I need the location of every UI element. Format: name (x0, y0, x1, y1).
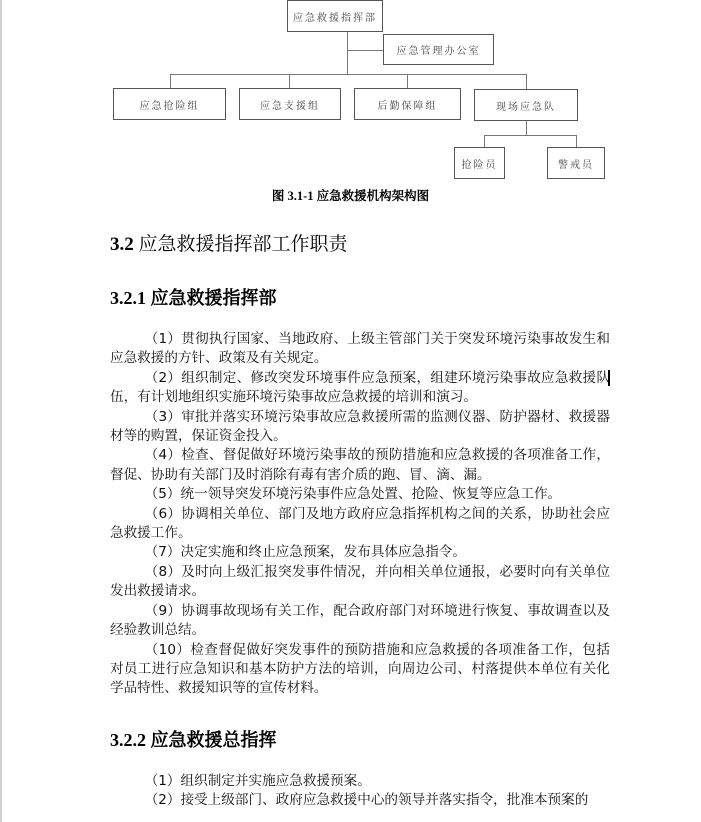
org-box-member: 抢险员 (454, 147, 505, 179)
section-number: 3.2 (110, 234, 134, 255)
connector-line (347, 50, 383, 51)
section-heading: 3.2 应急救援指挥部工作职责 (110, 229, 348, 256)
connector-line (170, 74, 171, 88)
connector-line (526, 120, 527, 135)
figure-caption: 图 3.1-1 应急救援机构架构图 (0, 186, 701, 204)
connector-line (289, 74, 290, 88)
subsection-heading: 3.2.2 应急救援总指挥 (110, 726, 277, 752)
duties-list[interactable]: （1）贯彻执行国家、当地政府、上级主管部门关于突发环境污染事故发生和应急救援的方… (110, 330, 610, 699)
org-box-member: 警戒员 (547, 147, 605, 179)
org-box-group: 应急抢险组 (113, 88, 226, 120)
connector-line (170, 74, 527, 75)
commander-duties-list[interactable]: （1）组织制定并实施应急救援预案。 （2）接受上级部门、政府应急救援中心的领导并… (110, 772, 610, 811)
list-item: （7）决定实施和终止应急预案，发布具体应急指令。 (110, 543, 610, 562)
connector-line (407, 74, 408, 88)
list-item: （8）及时向上级汇报突发事件情况，并向相关单位通报，必要时向有关单位发出救援请求… (110, 563, 610, 602)
connector-line (576, 135, 577, 147)
org-box-group: 后勤保障组 (354, 88, 461, 120)
connector-line (526, 74, 527, 89)
document-page: 应急救援指挥部 应急管理办公室 应急抢险组 应急支援组 后勤保障组 现场应急队 … (0, 0, 701, 822)
org-box-group: 现场应急队 (474, 89, 578, 121)
connector-line (484, 135, 485, 147)
subsection-heading: 3.2.1 应急救援指挥部 (110, 284, 277, 310)
list-item: （10）检查督促做好突发事件的预防措施和应急救援的各项准备工作，包括对员工进行应… (110, 641, 610, 699)
list-item: （2）接受上级部门、政府应急救援中心的领导并落实指令，批准本预案的 (110, 791, 610, 810)
section-title: 应急救援指挥部工作职责 (139, 234, 348, 255)
org-chart: 应急救援指挥部 应急管理办公室 应急抢险组 应急支援组 后勤保障组 现场应急队 … (0, 0, 701, 200)
list-item: （3）审批并落实环境污染事故应急救援所需的监测仪器、防护器材、救援器材等的购置，… (110, 408, 610, 447)
list-item: （1）组织制定并实施应急救援预案。 (110, 772, 610, 791)
connector-line (484, 135, 577, 136)
connector-line (347, 31, 348, 75)
org-box-office: 应急管理办公室 (383, 34, 494, 65)
org-box-group: 应急支援组 (239, 88, 341, 120)
list-item: （9）协调事故现场有关工作，配合政府部门对环境进行恢复、事故调查以及经验教训总结… (110, 602, 610, 641)
list-item: （1）贯彻执行国家、当地政府、上级主管部门关于突发环境污染事故发生和应急救援的方… (110, 330, 610, 369)
text-cursor (608, 370, 610, 386)
list-item: （6）协调相关单位、部门及地方政府应急指挥机构之间的关系，协助社会应急救援工作。 (110, 505, 610, 544)
list-item: （5）统一领导突发环境污染事件应急处置、抢险、恢复等应急工作。 (110, 485, 610, 504)
org-box-root: 应急救援指挥部 (287, 0, 383, 32)
list-item: （2）组织制定、修改突发环境事件应急预案，组建环境污染事故应急救援队伍，有计划地… (110, 369, 610, 408)
list-item: （4）检查、督促做好环境污染事故的预防措施和应急救援的各项准备工作，督促、协助有… (110, 446, 610, 485)
